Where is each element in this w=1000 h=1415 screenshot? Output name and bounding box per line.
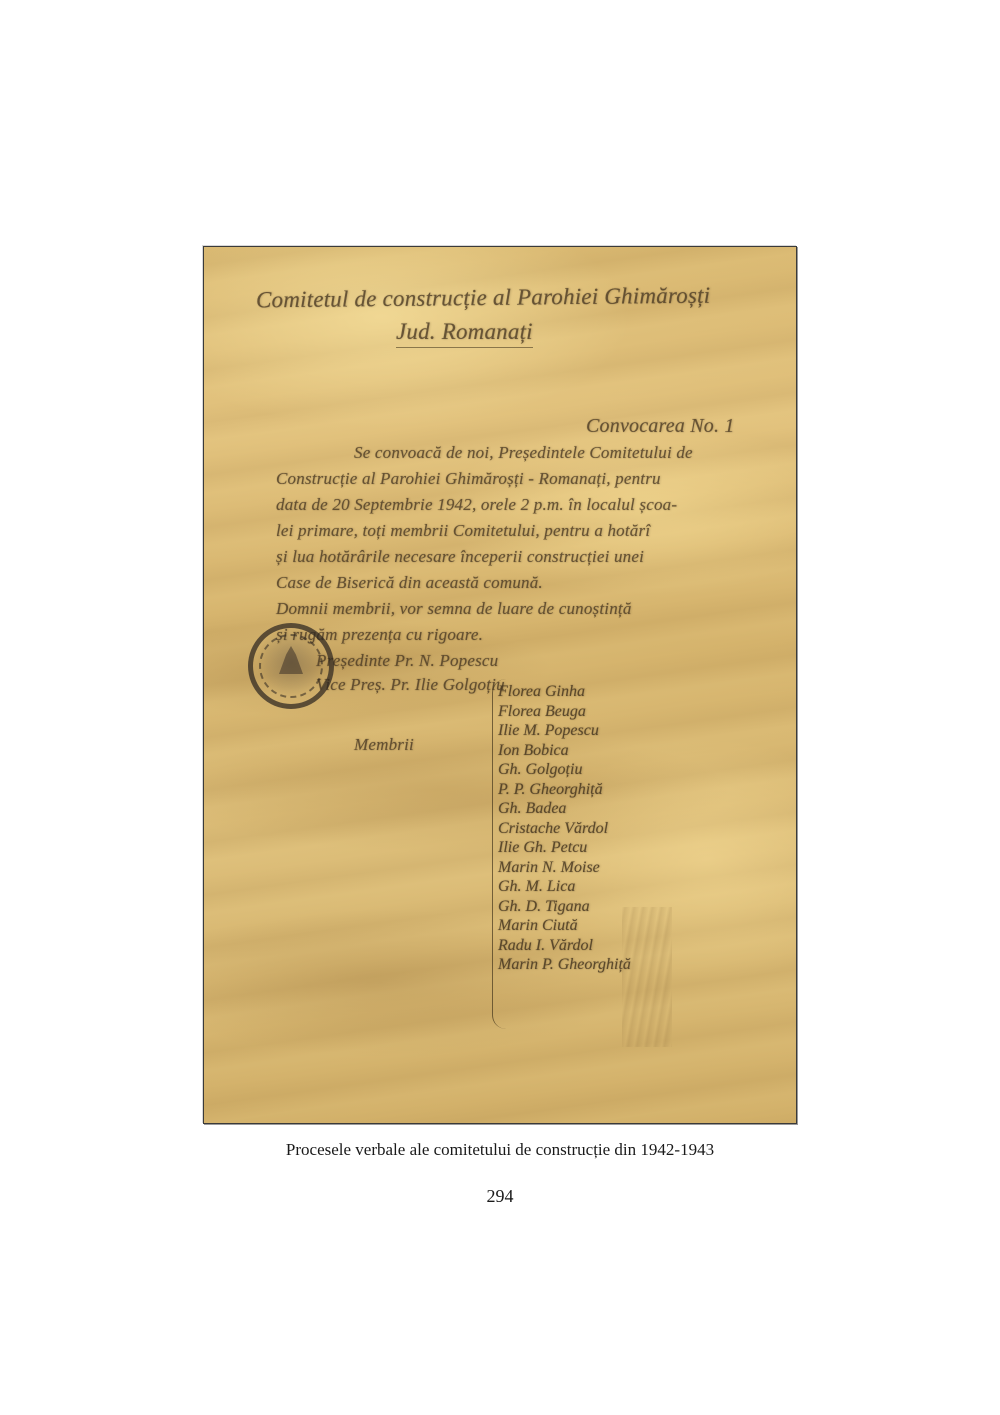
document-body-line: Case de Biserică din această comună. — [276, 573, 543, 593]
document-body-line: lei primare, toți membrii Comitetului, p… — [276, 521, 650, 541]
document-body-line: data de 20 Septembrie 1942, orele 2 p.m.… — [276, 495, 677, 515]
page-number: 294 — [0, 1186, 1000, 1207]
member-signature: Gh. D. Tigana — [498, 898, 631, 918]
member-signature: Ion Bobica — [498, 742, 631, 762]
member-signature: Marin Ciută — [498, 917, 631, 937]
pencil-marks — [622, 907, 672, 1047]
document-body-line: și lua hotărârile necesare începerii con… — [276, 547, 644, 567]
document-scan-image: Comitetul de construcție al Parohiei Ghi… — [203, 246, 797, 1124]
members-list: Florea Ginha Florea Beuga Ilie M. Popesc… — [498, 683, 631, 976]
document-title: Convocarea No. 1 — [586, 415, 735, 438]
president-signature: Președinte Pr. N. Popescu — [316, 651, 498, 671]
parish-seal-stamp-icon — [248, 623, 334, 709]
document-body-line: Se convoacă de noi, Președintele Comitet… — [354, 443, 693, 463]
figure-caption: Procesele verbale ale comitetului de con… — [0, 1140, 1000, 1160]
members-label: Membrii — [354, 735, 414, 755]
document-body-line: Construcție al Parohiei Ghimăroșți - Rom… — [276, 469, 661, 489]
document-header-line-1: Comitetul de construcție al Parohiei Ghi… — [256, 283, 710, 314]
member-signature: Gh. M. Lica — [498, 878, 631, 898]
member-signature: Florea Ginha — [498, 683, 631, 703]
member-signature: Marin N. Moise — [498, 859, 631, 879]
church-emblem-icon — [279, 646, 303, 674]
member-signature: Marin P. Gheorghiță — [498, 956, 631, 976]
member-signature: Gh. Golgoțiu — [498, 761, 631, 781]
member-signature: Ilie M. Popescu — [498, 722, 631, 742]
document-header-line-2: Jud. Romanați — [396, 319, 533, 348]
member-signature: Cristache Vărdol — [498, 820, 631, 840]
member-signature: Radu I. Vărdol — [498, 937, 631, 957]
member-signature: Florea Beuga — [498, 703, 631, 723]
member-signature: Ilie Gh. Petcu — [498, 839, 631, 859]
document-body-line: Domnii membrii, vor semna de luare de cu… — [276, 599, 632, 619]
member-signature: P. P. Gheorghiță — [498, 781, 631, 801]
vice-president-signature: Vice Preș. Pr. Ilie Golgoțiu — [316, 675, 505, 695]
member-signature: Gh. Badea — [498, 800, 631, 820]
